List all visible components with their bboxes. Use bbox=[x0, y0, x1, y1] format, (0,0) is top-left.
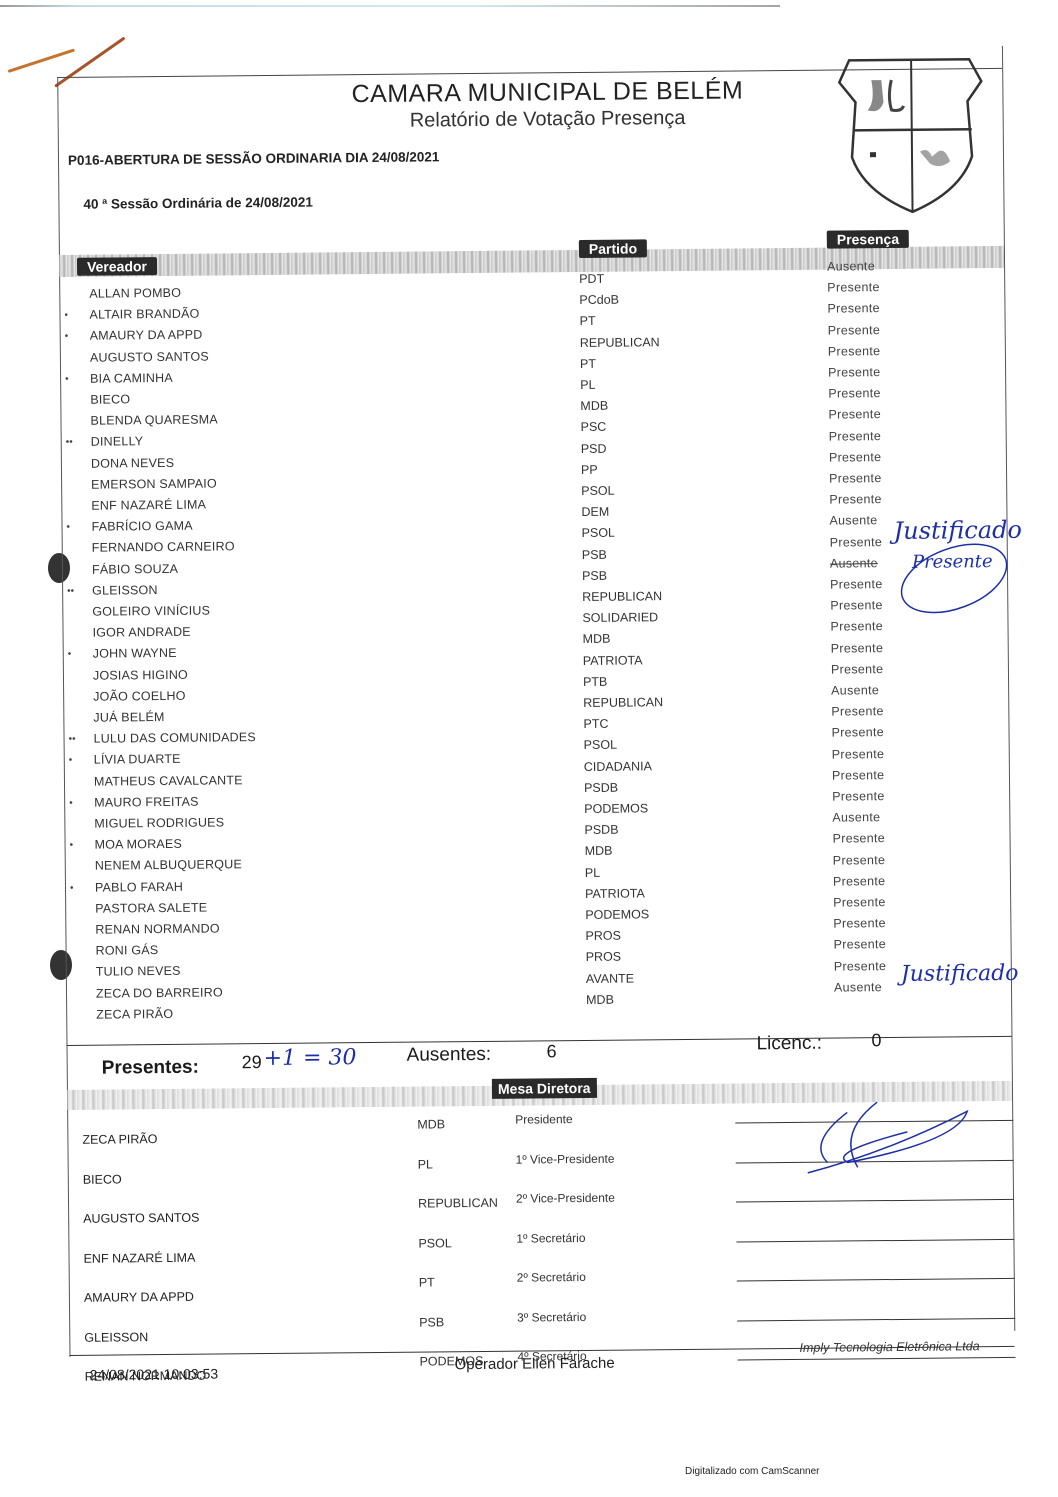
vereador-name: IGOR ANDRADE bbox=[92, 625, 190, 640]
presence-status: Presente bbox=[831, 641, 884, 656]
presence-status: Presente bbox=[833, 874, 886, 889]
member-party: REPUBLICAN bbox=[418, 1196, 498, 1211]
vereador-name: ZECA DO BARREIRO bbox=[96, 985, 223, 1000]
signature-line[interactable] bbox=[736, 1238, 1014, 1242]
column-header-vereador[interactable]: Vereador bbox=[77, 257, 157, 276]
party: PT bbox=[580, 314, 596, 328]
party: PROS bbox=[585, 929, 621, 943]
company-name: Imply Tecnologia Eletrônica Ltda bbox=[799, 1339, 979, 1355]
handwritten-note: Presente bbox=[912, 551, 993, 573]
row-marker: • bbox=[65, 331, 69, 342]
presentes-label: Presentes: bbox=[102, 1057, 199, 1080]
party: PATRIOTA bbox=[585, 886, 645, 901]
column-header-presenca[interactable]: Presença bbox=[827, 230, 909, 249]
vereador-name: JOSIAS HIGINO bbox=[93, 667, 188, 682]
row-marker: • bbox=[70, 840, 74, 851]
session-subtitle: 40 ª Sessão Ordinária de 24/08/2021 bbox=[83, 195, 313, 212]
vereador-name: GOLEIRO VINÍCIUS bbox=[92, 604, 210, 619]
party: SOLIDARIED bbox=[582, 610, 658, 625]
document-title: CAMARA MUNICIPAL DE BELÉM bbox=[317, 76, 777, 109]
party: PSB bbox=[582, 547, 607, 561]
vereador-name: PABLO FARAH bbox=[95, 879, 183, 894]
party: PODEMOS bbox=[584, 801, 648, 816]
vereador-name: MOA MORAES bbox=[95, 837, 183, 852]
presence-status: Presente bbox=[830, 619, 883, 634]
party: PODEMOS bbox=[585, 907, 649, 922]
vereador-name: DONA NEVES bbox=[91, 455, 174, 470]
party: MDB bbox=[585, 844, 613, 858]
row-marker: • bbox=[66, 522, 70, 533]
vereador-name: MAURO FREITAS bbox=[94, 794, 199, 809]
presence-status: Presente bbox=[830, 577, 883, 592]
party: PCdoB bbox=[579, 293, 619, 307]
vereador-name: BIECO bbox=[90, 392, 130, 406]
session-title: P016-ABERTURA DE SESSÃO ORDINARIA DIA 24… bbox=[68, 149, 439, 168]
vereador-name: LÍVIA DUARTE bbox=[94, 752, 181, 767]
row-marker: •• bbox=[67, 586, 74, 597]
presence-status: Presente bbox=[832, 831, 885, 846]
ausentes-label: Ausentes: bbox=[407, 1044, 492, 1067]
party: PP bbox=[581, 463, 598, 477]
member-party: PL bbox=[418, 1157, 433, 1171]
presence-status: Presente bbox=[829, 450, 882, 465]
vereador-name: TULIO NEVES bbox=[96, 964, 181, 979]
member-name: ZECA PIRÃO bbox=[82, 1132, 157, 1147]
party: PSOL bbox=[582, 526, 615, 540]
member-party: PSOL bbox=[418, 1236, 451, 1250]
party: PSD bbox=[581, 441, 607, 455]
party: PT bbox=[580, 357, 596, 371]
vereador-name: DINELLY bbox=[91, 435, 144, 450]
member-party: PT bbox=[419, 1275, 435, 1289]
presence-status: Presente bbox=[831, 662, 884, 677]
member-name: BIECO bbox=[83, 1172, 122, 1186]
member-role: 3º Secretário bbox=[517, 1309, 586, 1324]
vereador-name: ALLAN POMBO bbox=[89, 286, 181, 301]
presence-status: Presente bbox=[832, 768, 885, 783]
member-name: AUGUSTO SANTOS bbox=[83, 1211, 199, 1226]
row-marker: • bbox=[64, 310, 68, 321]
presence-status: Presente bbox=[829, 492, 882, 507]
signature-line[interactable] bbox=[738, 1357, 1016, 1361]
party: REPUBLICAN bbox=[582, 589, 662, 604]
party: PSOL bbox=[584, 738, 617, 752]
presence-status: Presente bbox=[830, 535, 883, 550]
scan-edge-line bbox=[0, 5, 780, 7]
presence-status: Ausente bbox=[831, 683, 879, 697]
presence-status: Presente bbox=[833, 853, 886, 868]
vereador-name: GLEISSON bbox=[92, 583, 158, 598]
presence-status: Presente bbox=[833, 916, 886, 931]
presence-status: Presente bbox=[832, 747, 885, 762]
mesa-diretora-title: Mesa Diretora bbox=[492, 1078, 597, 1099]
signature bbox=[787, 1091, 988, 1183]
handwritten-circle bbox=[892, 536, 1013, 622]
ausentes-value: 6 bbox=[546, 1041, 556, 1062]
vereador-name: NENEM ALBUQUERQUE bbox=[95, 858, 242, 873]
vereador-name: FÁBIO SOUZA bbox=[92, 561, 178, 576]
party: MDB bbox=[586, 992, 614, 1006]
party: PATRIOTA bbox=[583, 653, 643, 668]
presence-status: Ausente bbox=[827, 259, 875, 273]
vereador-name: BIA CAMINHA bbox=[90, 371, 173, 386]
party: REPUBLICAN bbox=[580, 335, 660, 350]
party: PSDB bbox=[584, 780, 618, 794]
row-marker: •• bbox=[69, 734, 76, 745]
presence-status: Presente bbox=[829, 471, 882, 486]
party: PTC bbox=[583, 717, 608, 731]
party: MDB bbox=[580, 399, 608, 413]
report-page: CAMARA MUNICIPAL DE BELÉM Relatório de V… bbox=[57, 46, 1018, 1380]
vereador-name: JOÃO COELHO bbox=[93, 689, 186, 704]
vereador-name: FERNANDO CARNEIRO bbox=[92, 540, 235, 555]
vereador-name: FABRÍCIO GAMA bbox=[91, 519, 192, 534]
party: PSB bbox=[582, 569, 607, 583]
party: CIDADANIA bbox=[584, 759, 652, 774]
presence-status: Presente bbox=[831, 704, 884, 719]
vereador-name: JUÁ BELÉM bbox=[93, 710, 164, 725]
member-role: 1º Secretário bbox=[516, 1230, 585, 1245]
presence-status: Presente bbox=[827, 280, 880, 295]
row-marker: •• bbox=[66, 437, 73, 448]
presence-status: Presente bbox=[833, 895, 886, 910]
presence-status: Presente bbox=[828, 407, 881, 422]
vereador-name: MATHEUS CAVALCANTE bbox=[94, 773, 243, 788]
party: DEM bbox=[581, 505, 609, 519]
coat-of-arms-icon bbox=[819, 51, 1001, 218]
vereador-name: ENF NAZARÉ LIMA bbox=[91, 498, 206, 513]
party: PSOL bbox=[581, 484, 614, 498]
party: PTB bbox=[583, 675, 607, 689]
member-name: ENF NAZARÉ LIMA bbox=[83, 1250, 195, 1265]
presence-status: Presente bbox=[828, 386, 881, 401]
presence-status: Ausente bbox=[834, 980, 882, 994]
party: PL bbox=[580, 378, 595, 392]
presence-status: Ausente bbox=[829, 514, 877, 528]
vereador-name: EMERSON SAMPAIO bbox=[91, 476, 217, 491]
vereador-name: RENAN NORMANDO bbox=[95, 921, 219, 936]
vereador-name: MIGUEL RODRIGUES bbox=[94, 815, 224, 830]
row-marker: • bbox=[69, 798, 73, 809]
presence-status: Presente bbox=[830, 598, 883, 613]
vereador-name: PASTORA SALETE bbox=[95, 900, 207, 915]
party: MDB bbox=[583, 632, 611, 646]
party: PROS bbox=[586, 950, 622, 964]
presence-status: Presente bbox=[834, 937, 887, 952]
member-party: MDB bbox=[417, 1117, 445, 1131]
handwritten-note: Justificado bbox=[901, 961, 1019, 987]
presence-status: Ausente bbox=[832, 810, 880, 824]
member-role: 2º Secretário bbox=[517, 1270, 586, 1285]
report-timestamp: 24/08/2021 10:03:53 bbox=[90, 1366, 219, 1383]
party: PSDB bbox=[584, 823, 618, 837]
presentes-value: 29 bbox=[242, 1052, 262, 1073]
presence-status: Presente bbox=[831, 725, 884, 740]
party: AVANTE bbox=[586, 971, 634, 985]
camscanner-watermark: Digitalizado com CamScanner bbox=[685, 1466, 820, 1477]
presence-status: Presente bbox=[828, 365, 881, 380]
member-role: 1º Vice-Presidente bbox=[516, 1151, 615, 1166]
member-name: AMAURY DA APPD bbox=[84, 1290, 194, 1305]
row-marker: • bbox=[69, 755, 73, 766]
party: REPUBLICAN bbox=[583, 695, 663, 710]
vereador-name: JOHN WAYNE bbox=[93, 646, 177, 661]
vereador-name: LULU DAS COMUNIDADES bbox=[93, 730, 256, 746]
document-subtitle: Relatório de Votação Presença bbox=[318, 106, 778, 133]
vereador-name: ZECA PIRÃO bbox=[96, 1007, 173, 1022]
licenc-label: Licenc.: bbox=[756, 1033, 822, 1056]
member-role: Presidente bbox=[515, 1112, 573, 1127]
signature-line[interactable] bbox=[737, 1317, 1015, 1321]
signature-line[interactable] bbox=[737, 1278, 1015, 1282]
signature-line[interactable] bbox=[736, 1199, 1014, 1203]
licenc-value: 0 bbox=[871, 1030, 881, 1051]
party: PDT bbox=[579, 272, 604, 286]
presence-status: Presente bbox=[834, 959, 887, 974]
member-role: 2º Vice-Presidente bbox=[516, 1191, 615, 1206]
presence-status: Ausente bbox=[830, 556, 878, 570]
presence-status: Presente bbox=[828, 344, 881, 359]
presence-status: Presente bbox=[828, 323, 881, 338]
vereador-name: AUGUSTO SANTOS bbox=[90, 349, 209, 364]
vereador-name: BLENDA QUARESMA bbox=[90, 413, 217, 428]
row-marker: • bbox=[65, 374, 69, 385]
row-marker: • bbox=[68, 649, 72, 660]
presence-status: Presente bbox=[827, 302, 880, 317]
presentes-handwritten: +1 = 30 bbox=[264, 1045, 357, 1071]
member-party: PSB bbox=[419, 1315, 444, 1329]
presence-status: Presente bbox=[829, 429, 882, 444]
party: PSC bbox=[581, 420, 607, 434]
vereador-name: RONI GÁS bbox=[96, 943, 159, 958]
member-name: GLEISSON bbox=[84, 1330, 148, 1345]
vereador-name: AMAURY DA APPD bbox=[90, 328, 203, 343]
vereador-name: ALTAIR BRANDÃO bbox=[89, 307, 199, 322]
operator-name: Operador Ellen Farache bbox=[455, 1355, 615, 1374]
column-header-partido[interactable]: Partido bbox=[579, 239, 647, 258]
party: PL bbox=[585, 865, 600, 879]
presence-status: Presente bbox=[832, 789, 885, 804]
row-marker: • bbox=[70, 882, 74, 893]
